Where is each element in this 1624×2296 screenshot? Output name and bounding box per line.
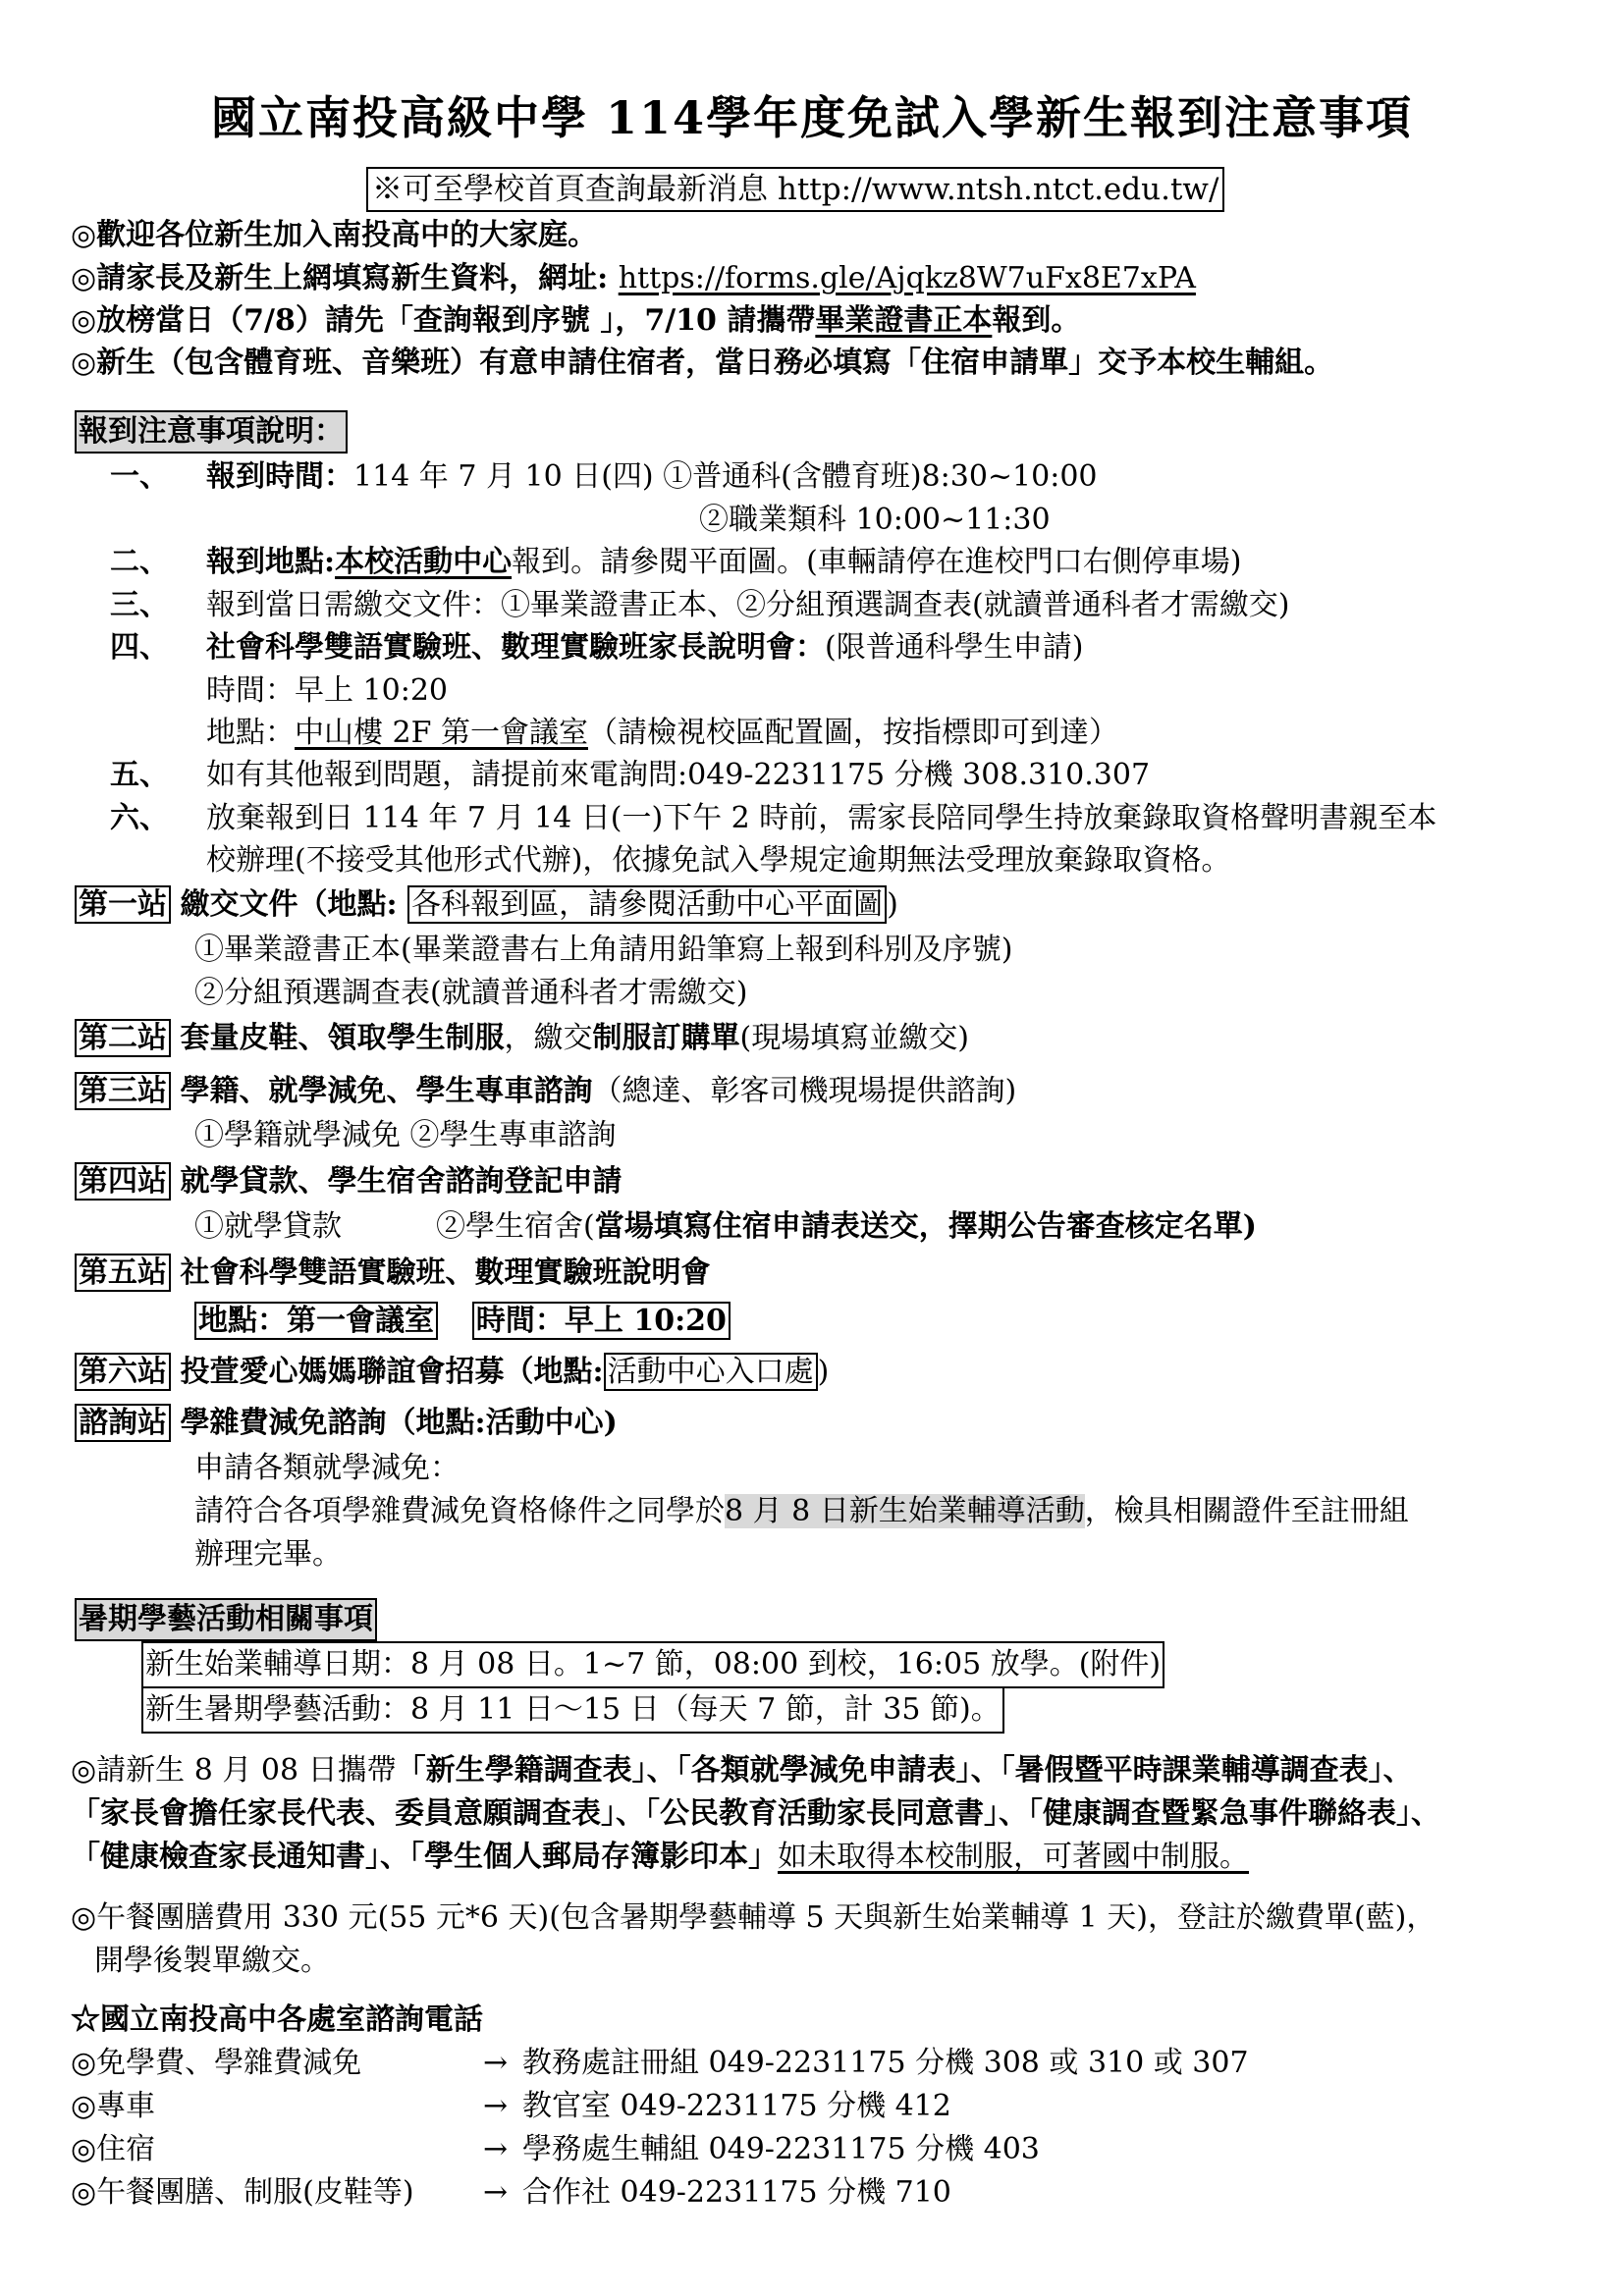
- station-label: 第二站: [75, 1019, 171, 1057]
- forms-prefix: ◎請新生 8 月 08 日攜帶: [71, 1753, 397, 1788]
- station-4: 第四站 就學貸款、學生宿舍諮詢登記申請: [75, 1160, 623, 1203]
- contact-row: ◎住宿→學務處生輔組 049-2231175 分機 403: [71, 2128, 1040, 2171]
- forms-list: 「新生學籍調查表」、「各類就學減免申請表」、「暑假暨平時課業輔導調查表」、: [397, 1753, 1413, 1788]
- arrow-right-icon: →: [483, 2085, 522, 2128]
- station-text: ，繳交: [505, 1021, 593, 1055]
- arrow-right-icon: →: [483, 2042, 522, 2085]
- station-bold: 制服訂購單: [593, 1021, 740, 1055]
- consult-para: 請符合各項學雜費減免資格條件之同學於8 月 8 日新生始業輔導活動，檢具相關證件…: [194, 1490, 1409, 1533]
- place-label: 地點：: [206, 716, 295, 750]
- consult-para-line2: 辦理完畢。: [194, 1533, 342, 1576]
- location-box: 地點：第一會議室: [194, 1302, 438, 1340]
- intro-form: ◎請家長及新生上網填寫新生資料，網址: https://forms.gle/Aj…: [71, 257, 1196, 300]
- station-tail: （總達、彰客司機現場提供諮詢): [593, 1074, 1017, 1108]
- note-label: 社會科學雙語實驗班、數理實驗班家長說明會：: [206, 630, 825, 665]
- note-num: 四、: [110, 626, 206, 669]
- note-item-1-line2: ②職業類科 10:00~11:30: [699, 499, 1051, 542]
- intro-release: ◎放榜當日（7/8）請先「查詢報到序號 」，7/10 請攜帶畢業證書正本報到。: [71, 299, 1080, 343]
- contact-topic: ◎午餐團膳、制服(皮鞋等): [71, 2171, 483, 2215]
- section-header-summer: 暑期學藝活動相關事項: [75, 1598, 377, 1641]
- station-1: 第一站 繳交文件（地點: 各科報到區，請參閱活動中心平面圖): [75, 883, 898, 927]
- note-item-1: 一、報到時間：114 年 7 月 10 日(四) ①普通科(含體育班)8:30~…: [110, 455, 1098, 499]
- note-item-5: 五、如有其他報到問題，請提前來電詢問:049-2231175 分機 308.31…: [110, 754, 1150, 797]
- time-box: 時間：早上 10:20: [472, 1302, 731, 1340]
- note-text: 報到。請參閱平面圖。(車輛請停在進校門口右側停車場): [512, 545, 1241, 579]
- station-label: 第五站: [75, 1254, 171, 1292]
- note-underline: 本校活動中心: [335, 545, 512, 579]
- note-item-4-time: 時間：早上 10:20: [206, 669, 448, 713]
- intro-dorm: ◎新生（包含體育班、音樂班）有意申請住宿者，當日務必填寫「住宿申請單」交予本校生…: [71, 342, 1333, 385]
- station-5-boxes: 地點：第一會議室 時間：早上 10:20: [194, 1300, 731, 1343]
- station-2: 第二站 套量皮鞋、領取學生制服，繳交制服訂購單(現場填寫並繳交): [75, 1017, 969, 1060]
- lunch-line-2: 開學後製單繳交。: [94, 1940, 330, 1983]
- station-title: 社會科學雙語實驗班、數理實驗班說明會: [181, 1255, 711, 1290]
- arrow-right-icon: →: [483, 2171, 522, 2215]
- station-consult: 諮詢站 學雜費減免諮詢（地點:活動中心): [75, 1402, 618, 1445]
- contact-row: ◎免學費、學雜費減免→教務處註冊組 049-2231175 分機 308 或 3…: [71, 2042, 1249, 2085]
- note-label: 報到時間：: [206, 459, 353, 494]
- intro-release-suffix: 報到。: [992, 303, 1080, 338]
- section-header-notes: 報到注意事項說明：: [75, 410, 348, 454]
- station-title: 套量皮鞋、領取學生制服: [181, 1021, 505, 1055]
- consult-line1: 申請各類就學減免：: [194, 1447, 460, 1490]
- station-title: 學籍、就學減免、學生專車諮詢: [181, 1074, 593, 1108]
- station-label: 第一站: [75, 885, 171, 924]
- summer-row-1: 新生始業輔導日期：8 月 08 日。1~7 節，08:00 到校，16:05 放…: [141, 1641, 1164, 1688]
- forms-line-2: 「家長會擔任家長代表、委員意願調查表」、「公民教育活動家長同意書」、「健康調查暨…: [71, 1792, 1440, 1836]
- note-label: 報到地點:: [206, 545, 335, 579]
- note-text: 114 年 7 月 10 日(四) ①普通科(含體育班)8:30~10:00: [353, 459, 1098, 494]
- website-notice[interactable]: ※可至學校首頁查詢最新消息 http://www.ntsh.ntct.edu.t…: [366, 167, 1224, 212]
- station-label: 第三站: [75, 1072, 171, 1110]
- note-item-2: 二、報到地點:本校活動中心報到。請參閱平面圖。(車輛請停在進校門口右側停車場): [110, 541, 1242, 584]
- note-item-6-line2: 校辦理(不接受其他形式代辦)，依據免試入學規定逾期無法受理放棄錄取資格。: [206, 839, 1230, 882]
- arrow-right-icon: →: [483, 2128, 522, 2171]
- note-num: 三、: [110, 584, 206, 627]
- place-underline: 中山樓 2F 第一會議室: [295, 716, 588, 750]
- note-text: 報到當日需繳交文件：①畢業證書正本、②分組預選調查表(就讀普通科者才需繳交): [206, 588, 1289, 622]
- sub-item-2: ②學生宿舍(: [436, 1209, 595, 1244]
- contact-topic: ◎免學費、學雜費減免: [71, 2042, 483, 2085]
- diploma-underline: 畢業證書正本: [815, 303, 992, 338]
- note-item-4-place: 地點：中山樓 2F 第一會議室（請檢視校區配置圖，按指標即可到達）: [206, 712, 1118, 755]
- station-1-line1: ①畢業證書正本(畢業證書右上角請用鉛筆寫上報到科別及序號): [194, 929, 1012, 972]
- forms-line-3: 「健康檢查家長通知書」、「學生個人郵局存簿影印本」如未取得本校制服，可著國中制服…: [71, 1836, 1249, 1879]
- note-num: 二、: [110, 541, 206, 584]
- station-label: 第四站: [75, 1162, 171, 1201]
- station-3: 第三站 學籍、就學減免、學生專車諮詢（總達、彰客司機現場提供諮詢): [75, 1070, 1016, 1113]
- place-note: （請檢視校區配置圖，按指標即可到達）: [588, 716, 1118, 750]
- station-4-sub: ①就學貸款②學生宿舍(當場填寫住宿申請表送交，擇期公告審查核定名單): [194, 1205, 1257, 1249]
- note-text: 如有其他報到問題，請提前來電詢問:049-2231175 分機 308.310.…: [206, 758, 1150, 792]
- contact-info: 學務處生輔組 049-2231175 分機 403: [522, 2132, 1040, 2166]
- uniform-note: 如未取得本校制服，可著國中制服。: [778, 1840, 1249, 1874]
- close-paren: ): [887, 887, 898, 922]
- close-paren: ): [818, 1355, 830, 1389]
- forms-line-1: ◎請新生 8 月 08 日攜帶「新生學籍調查表」、「各類就學減免申請表」、「暑假…: [71, 1749, 1413, 1792]
- intro-form-label: ◎請家長及新生上網填寫新生資料，網址:: [71, 261, 619, 295]
- station-location-box: 各科報到區，請參閱活動中心平面圖: [407, 885, 887, 924]
- station-label: 第六站: [75, 1353, 171, 1391]
- note-num: 五、: [110, 754, 206, 797]
- contact-info: 合作社 049-2231175 分機 710: [522, 2175, 951, 2210]
- note-text: 放棄報到日 114 年 7 月 14 日(一)下午 2 時前，需家長陪同學生持放…: [206, 801, 1436, 835]
- station-label: 諮詢站: [75, 1404, 171, 1442]
- form-link[interactable]: https://forms.gle/Ajqkz8W7uFx8E7xPA: [619, 261, 1196, 295]
- intro-welcome: ◎歡迎各位新生加入南投高中的大家庭。: [71, 214, 597, 257]
- intro-release-text: ◎放榜當日（7/8）請先「查詢報到序號 」，7/10 請攜帶: [71, 303, 815, 338]
- station-3-line1: ①學籍就學減免 ②學生專車諮詢: [194, 1114, 617, 1157]
- station-tail: (現場填寫並繳交): [740, 1021, 969, 1055]
- station-title: 繳交文件（地點:: [181, 887, 408, 922]
- note-item-6: 六、放棄報到日 114 年 7 月 14 日(一)下午 2 時前，需家長陪同學生…: [110, 797, 1436, 840]
- sub-item-1: ①就學貸款: [194, 1209, 342, 1244]
- contact-row: ◎專車→教官室 049-2231175 分機 412: [71, 2085, 951, 2128]
- forms-list: 「健康檢查家長通知書」、「學生個人郵局存簿影印本」: [71, 1840, 778, 1874]
- station-title: 就學貸款、學生宿舍諮詢登記申請: [181, 1164, 623, 1199]
- consult-text: 請符合各項學雜費減免資格條件之同學於: [194, 1494, 725, 1528]
- station-location-box: 活動中心入口處: [604, 1353, 818, 1391]
- note-num: 一、: [110, 455, 206, 499]
- note-item-3: 三、報到當日需繳交文件：①畢業證書正本、②分組預選調查表(就讀普通科者才需繳交): [110, 584, 1289, 627]
- summer-row-2: 新生暑期學藝活動：8 月 11 日～15 日（每天 7 節，計 35 節)。: [141, 1686, 1004, 1734]
- contact-topic: ◎專車: [71, 2085, 483, 2128]
- station-title: 學雜費減免諮詢（地點:活動中心): [181, 1406, 618, 1440]
- note-text: (限普通科學生申請): [825, 630, 1083, 665]
- contact-row: ◎午餐團膳、制服(皮鞋等)→合作社 049-2231175 分機 710: [71, 2171, 951, 2215]
- consult-highlight: 8 月 8 日新生始業輔導活動: [725, 1494, 1085, 1528]
- contact-topic: ◎住宿: [71, 2128, 483, 2171]
- consult-text-end: ，檢具相關證件至註冊組: [1085, 1494, 1409, 1528]
- contacts-header: ☆國立南投高中各處室諮詢電話: [71, 1999, 483, 2042]
- station-6: 第六站 投萱愛心媽媽聯誼會招募（地點:活動中心入口處): [75, 1351, 829, 1394]
- sub-item-2-bold: 當場填寫住宿申請表送交，擇期公告審查核定名單): [595, 1209, 1257, 1244]
- station-1-line2: ②分組預選調查表(就讀普通科者才需繳交): [194, 972, 747, 1015]
- contact-info: 教官室 049-2231175 分機 412: [522, 2089, 951, 2123]
- note-num: 六、: [110, 797, 206, 840]
- page-title: 國立南投高級中學 114學年度免試入學新生報到注意事項: [0, 82, 1624, 147]
- station-title: 投萱愛心媽媽聯誼會招募（地點:: [181, 1355, 604, 1389]
- lunch-line-1: ◎午餐團膳費用 330 元(55 元*6 天)(包含暑期學藝輔導 5 天與新生始…: [71, 1896, 1435, 1940]
- contact-info: 教務處註冊組 049-2231175 分機 308 或 310 或 307: [522, 2046, 1249, 2080]
- note-item-4: 四、社會科學雙語實驗班、數理實驗班家長說明會：(限普通科學生申請): [110, 626, 1083, 669]
- station-5: 第五站 社會科學雙語實驗班、數理實驗班說明會: [75, 1252, 711, 1295]
